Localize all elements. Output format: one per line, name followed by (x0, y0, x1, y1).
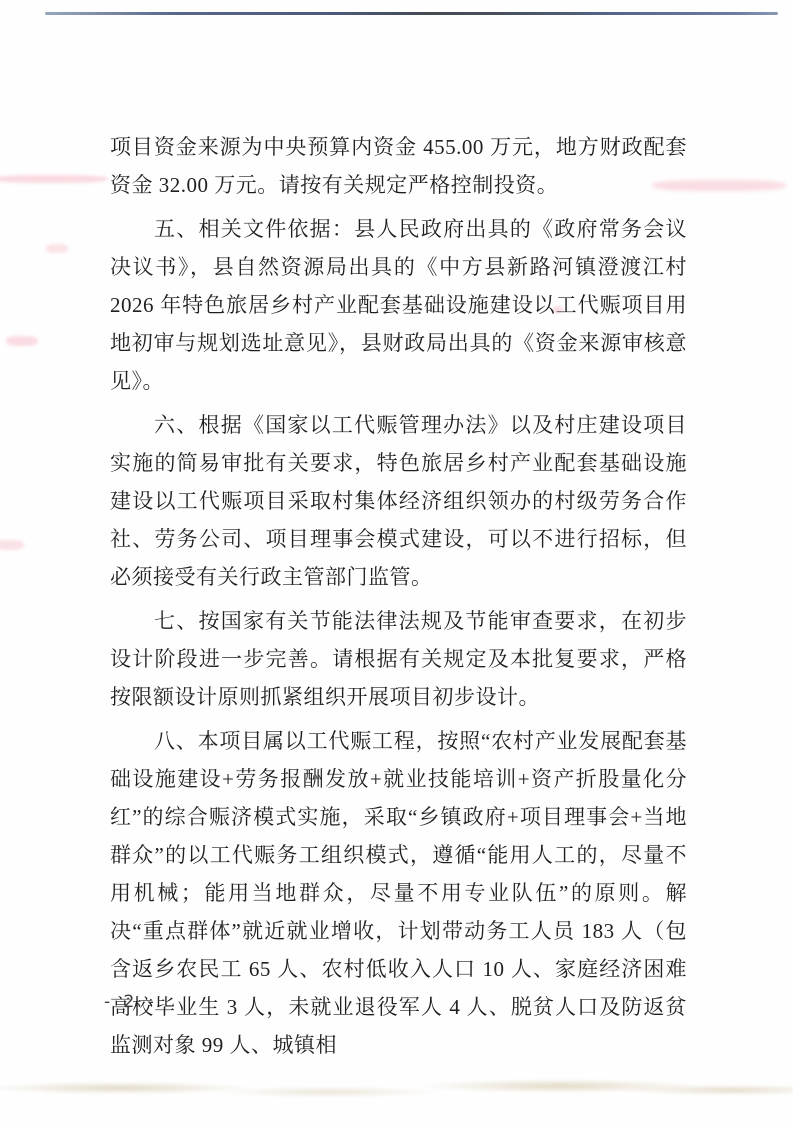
scan-smudge (46, 244, 68, 253)
page-number: - 2 - (104, 992, 158, 1012)
paragraph-funding-sources: 项目资金来源为中央预算内资金 455.00 万元，地方财政配套资金 32.00 … (110, 128, 687, 204)
page-top-edge-scan-line (45, 12, 778, 15)
paragraph-item-7-energy-requirements: 七、按国家有关节能法律法规及节能审查要求，在初步设计阶段进一步完善。请根据有关规… (110, 602, 687, 716)
bottom-scan-noise (0, 1074, 793, 1100)
paragraph-item-8-work-relief-model: 八、本项目属以工代赈工程，按照“农村产业发展配套基础设施建设+劳务报酬发放+就业… (110, 722, 687, 1064)
paragraph-item-6-construction-mode: 六、根据《国家以工代赈管理办法》以及村庄建设项目实施的简易审批有关要求，特色旅居… (110, 406, 687, 596)
paragraph-item-5-reference-documents: 五、相关文件依据：县人民政府出具的《政府常务会议决议书》，县自然资源局出具的《中… (110, 210, 687, 400)
scan-smudge (0, 540, 24, 550)
scan-smudge (6, 336, 38, 346)
scan-smudge (0, 175, 108, 183)
scanned-document-page: 项目资金来源为中央预算内资金 455.00 万元，地方财政配套资金 32.00 … (0, 0, 793, 1122)
document-body: 项目资金来源为中央预算内资金 455.00 万元，地方财政配套资金 32.00 … (110, 128, 687, 1070)
